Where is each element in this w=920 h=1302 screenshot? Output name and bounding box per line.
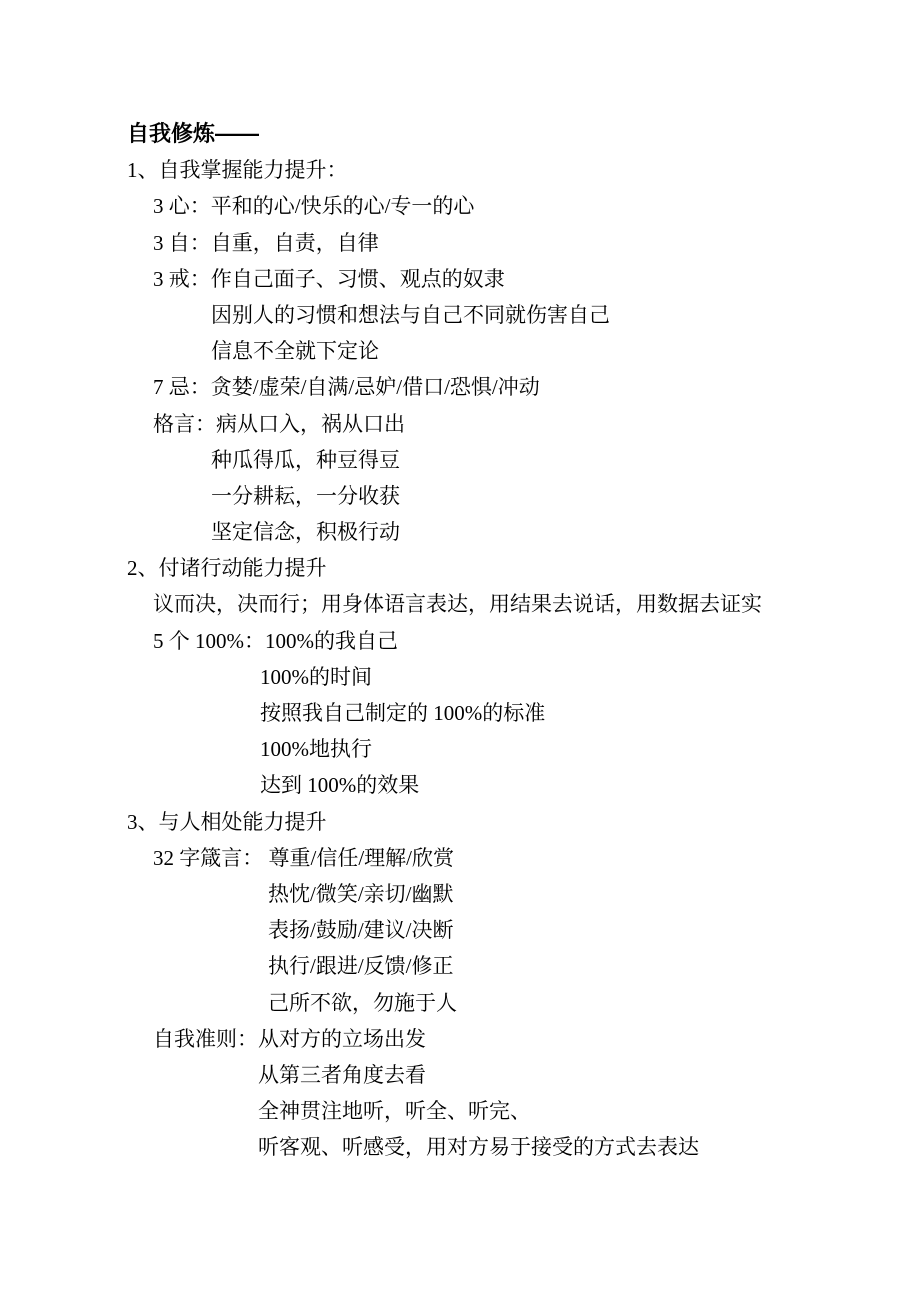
doc-line: 信息不全就下定论: [0, 333, 920, 369]
doc-line: 种瓜得瓜，种豆得豆: [0, 442, 920, 478]
doc-line: 议而决，决而行；用身体语言表达，用结果去说话，用数据去证实: [0, 586, 920, 622]
doc-line: 格言：病从口入，祸从口出: [0, 406, 920, 442]
document-page: 自我修炼—— 1、自我掌握能力提升： 3 心：平和的心/快乐的心/专一的心 3 …: [0, 0, 920, 1302]
section-1-heading: 1、自我掌握能力提升：: [0, 152, 920, 188]
doc-line: 执行/跟进/反馈/修正: [0, 948, 920, 984]
doc-line: 己所不欲，勿施于人: [0, 985, 920, 1021]
doc-line: 达到 100%的效果: [0, 767, 920, 803]
doc-line: 全神贯注地听，听全、听完、: [0, 1093, 920, 1129]
doc-line: 3 自：自重，自责，自律: [0, 225, 920, 261]
doc-line: 3 心：平和的心/快乐的心/专一的心: [0, 188, 920, 224]
doc-line: 100%地执行: [0, 731, 920, 767]
doc-line: 听客观、听感受，用对方易于接受的方式去表达: [0, 1129, 920, 1165]
doc-line: 一分耕耘，一分收获: [0, 478, 920, 514]
doc-line: 自我准则：从对方的立场出发: [0, 1021, 920, 1057]
doc-line: 100%的时间: [0, 659, 920, 695]
doc-line: 32 字箴言： 尊重/信任/理解/欣赏: [0, 840, 920, 876]
doc-line: 热忱/微笑/亲切/幽默: [0, 876, 920, 912]
doc-line: 7 忌：贪婪/虚荣/自满/忌妒/借口/恐惧/冲动: [0, 369, 920, 405]
doc-line: 按照我自己制定的 100%的标准: [0, 695, 920, 731]
document-content: 自我修炼—— 1、自我掌握能力提升： 3 心：平和的心/快乐的心/专一的心 3 …: [0, 0, 920, 1165]
doc-line: 从第三者角度去看: [0, 1057, 920, 1093]
doc-line: 5 个 100%：100%的我自己: [0, 623, 920, 659]
doc-line: 因别人的习惯和想法与自己不同就伤害自己: [0, 297, 920, 333]
doc-title: 自我修炼——: [0, 116, 920, 152]
doc-line: 坚定信念，积极行动: [0, 514, 920, 550]
doc-line: 表扬/鼓励/建议/决断: [0, 912, 920, 948]
doc-line: 3 戒：作自己面子、习惯、观点的奴隶: [0, 261, 920, 297]
section-3-heading: 3、与人相处能力提升: [0, 804, 920, 840]
section-2-heading: 2、付诸行动能力提升: [0, 550, 920, 586]
